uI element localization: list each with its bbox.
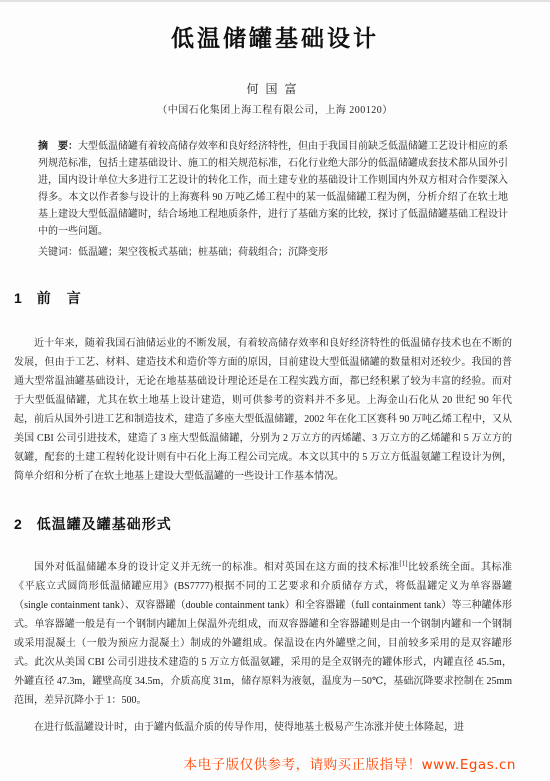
author-affiliation: （中国石化集团上海工程有限公司，上海 200120） — [0, 101, 550, 116]
abstract-block: 摘 要：大型低温储罐有着较高储存效率和良好经济特性，但由于我国目前缺乏低温储罐工… — [38, 138, 508, 240]
section-2-title: 低温罐及罐基础形式 — [37, 516, 172, 532]
keywords-label: 关键词： — [38, 247, 78, 258]
section-2-paragraph-1-continued: 比较系统全面。其标准《平底立式圆筒形低温储罐应用》(BS7777)根据不同的工艺… — [14, 562, 512, 706]
abstract-text: 大型低温储罐有着较高储存效率和良好经济特性，但由于我国目前缺乏低温储罐工艺设计相… — [38, 141, 508, 237]
paper-page: 低温储罐基础设计 何国富 （中国石化集团上海工程有限公司，上海 200120） … — [0, 0, 550, 781]
paper-title: 低温储罐基础设计 — [0, 20, 550, 53]
keywords-line: 关键词：低温罐；架空筏板式基础；桩基础；荷载组合；沉降变形 — [38, 244, 508, 261]
reference-1-marker: [1] — [399, 560, 407, 568]
section-1-number: 1 — [14, 290, 23, 306]
watermark-notice: 本电子版仅供参考，请购买正版指导！www.Egas.cn — [184, 753, 516, 773]
section-2-heading: 2低温罐及罐基础形式 — [14, 514, 512, 534]
section-2-paragraph-2: 在进行低温罐设计时，由于罐内低温介质的传导作用，使得地基土极易产生冻涨并使土体隆… — [14, 718, 512, 738]
section-1-heading: 1前 言 — [14, 288, 512, 308]
section-1-paragraph: 近十年来，随着我国石油储运业的不断发展，有着较高储存效率和良好经济特性的低温储存… — [14, 334, 512, 486]
abstract-label: 摘 要： — [38, 141, 78, 152]
section-1-title: 前 言 — [37, 290, 82, 306]
section-2-paragraph-1-text: 国外对低温储罐本身的设计定义并无统一的标准。相对英国在这方面的技术标准 — [34, 562, 399, 573]
keywords-text: 低温罐；架空筏板式基础；桩基础；荷载组合；沉降变形 — [78, 247, 328, 258]
section-2-paragraph-1: 国外对低温储罐本身的设计定义并无统一的标准。相对英国在这方面的技术标准[1]比较… — [14, 558, 512, 710]
author-name: 何国富 — [0, 80, 550, 97]
section-2-number: 2 — [14, 516, 23, 532]
